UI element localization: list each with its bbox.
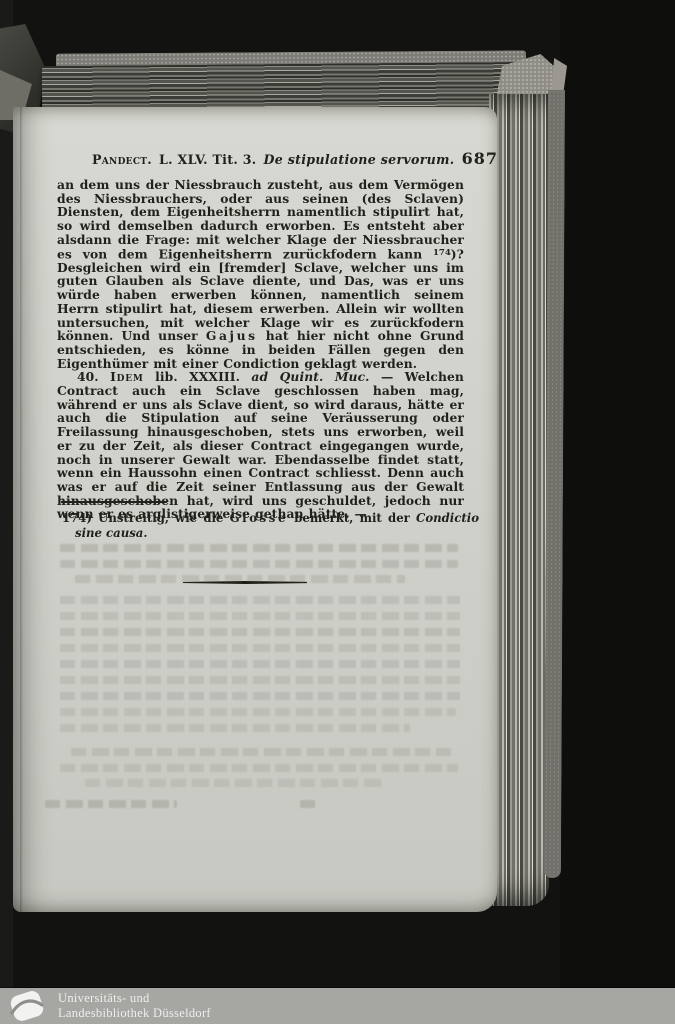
scanned-book-photo: Pandect. L. XLV. Tit. 3. De stipulatione… [0,0,675,1024]
open-book-icon [4,988,50,1024]
bleedthrough-line [60,612,460,620]
bleedthrough-signature [45,800,177,808]
bleedthrough-line [60,660,460,668]
header-citation: L. XLV. Tit. 3. [159,152,256,167]
bleedthrough-line [71,748,451,756]
bleedthrough-line [60,544,458,552]
bleedthrough-folio [300,800,320,808]
library-name-line2: Landesbibliothek Düsseldorf [58,1006,211,1021]
paragraph-40: 40. Idem lib. XXXIII. ad Quint. Muc. — W… [57,370,464,521]
bleedthrough-line [60,644,460,652]
book-page: Pandect. L. XLV. Tit. 3. De stipulatione… [13,107,497,912]
bleedthrough-line [85,779,385,787]
library-watermark-bar: Universitäts- und Landesbibliothek Düsse… [0,988,675,1024]
paragraph-continuation: an dem uns der Niessbrauch zusteht, aus … [57,178,464,370]
library-name: Universitäts- und Landesbibliothek Düsse… [58,991,211,1021]
bleedthrough-line [60,708,456,716]
bleedthrough-line [60,724,410,732]
bleedthrough-line [60,692,460,700]
page-number: 687 [462,149,498,168]
footnote-174: 174) Unstreitig, wie die Glosse bemerkt,… [62,511,479,540]
page-header: Pandect. L. XLV. Tit. 3. De stipulatione… [92,149,498,168]
bleedthrough-line [60,560,458,568]
bleedthrough-line [60,676,460,684]
footnote-separator-rule [61,501,167,503]
header-chapter-title: De stipulatione servorum. [263,152,454,167]
bleedthrough-line [60,628,460,636]
page-edges-right [489,94,549,906]
header-work: Pandect. [92,152,152,167]
bleedthrough-line [75,575,405,583]
bleedthrough-line [60,596,460,604]
running-title: Pandect. L. XLV. Tit. 3. De stipulatione… [92,152,454,167]
bleedthrough-line [60,764,458,772]
body-text: an dem uns der Niessbrauch zusteht, aus … [57,178,464,521]
library-name-line1: Universitäts- und [58,991,211,1006]
book-cover-strip-right [544,90,565,878]
